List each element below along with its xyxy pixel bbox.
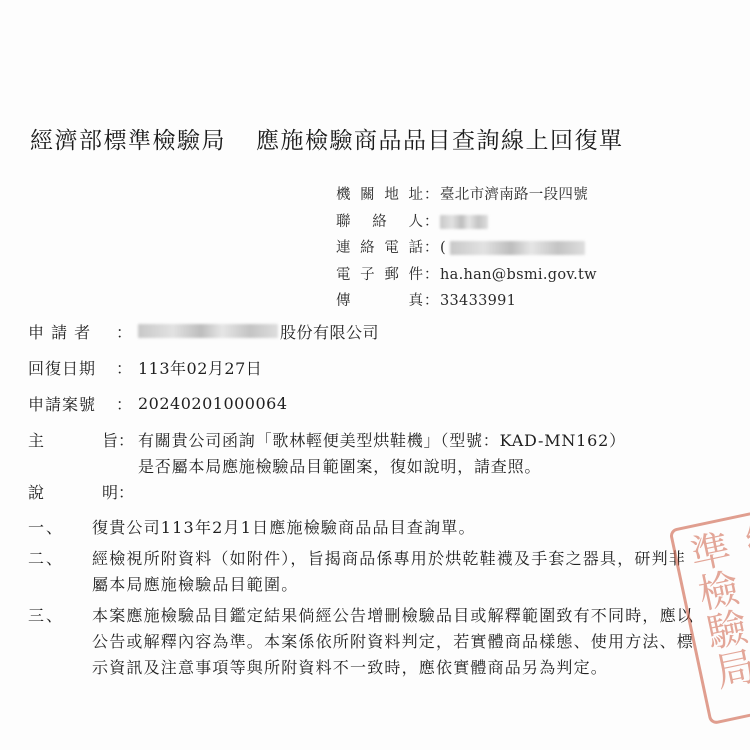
colon: ：	[118, 480, 138, 506]
list-item: 三、 本案應施檢驗品目鑑定結果倘經公告增刪檢驗品目或解釋範圍致有不同時，應以公告…	[28, 603, 702, 681]
list-item: 一、 復貴公司113年2月1日應施檢驗商品品目查詢單。	[28, 515, 702, 541]
reply-date-label: 回復日期	[28, 356, 116, 379]
contact-label: 傳 真	[336, 288, 424, 315]
fax-value: 33433991	[440, 288, 516, 315]
subject-row: 主 旨 ： 有關貴公司函詢「歌林輕便美型烘鞋機」（型號：KAD-MN162）	[28, 428, 626, 454]
list-item: 二、 經檢視所附資料（如附件），旨揭商品係專用於烘乾鞋襪及手套之器具，研判非屬本…	[28, 546, 702, 598]
redacted-company-name	[138, 324, 278, 338]
title-agency: 經濟部標準檢驗局	[30, 128, 226, 154]
contact-label: 聯 絡 人	[336, 209, 424, 236]
applicant-row: 申 請 者 ： 股份有限公司	[28, 318, 379, 344]
contact-address: 機關地址 ： 臺北市濟南路一段四號	[336, 182, 597, 209]
item-number: 一、	[28, 515, 92, 541]
colon: ：	[116, 356, 138, 379]
colon: ：	[424, 262, 440, 289]
item-text: 復貴公司113年2月1日應施檢驗商品品目查詢單。	[92, 515, 702, 541]
colon: ：	[424, 288, 440, 315]
contact-fax: 傳 真 ： 33433991	[336, 288, 597, 315]
explanation-row: 說 明 ：	[28, 480, 626, 506]
subject-row-continued: 是否屬本局應施檢驗品目範圍案，復如說明，請查照。	[28, 454, 626, 480]
colon: ：	[424, 209, 440, 236]
contact-label: 機關地址	[336, 182, 424, 209]
subject-label: 主 旨	[28, 428, 118, 454]
contact-label: 連絡電話	[336, 235, 424, 262]
subject-block: 主 旨 ： 有關貴公司函詢「歌林輕便美型烘鞋機」（型號：KAD-MN162） 是…	[28, 428, 626, 506]
case-number-value: 20240201000064	[138, 394, 288, 413]
title-document-type: 應施檢驗商品品目查詢線上回復單	[256, 128, 624, 154]
colon: ：	[424, 235, 440, 262]
contact-label: 電子郵件	[336, 262, 424, 289]
applicant-value: 股份有限公司	[280, 320, 379, 343]
reply-date-value: 113年02月27日	[138, 356, 262, 379]
reply-date-row: 回復日期 ： 113年02月27日	[28, 354, 262, 380]
case-number-row: 申請案號 ： 20240201000064	[28, 390, 288, 416]
email-value: ha.han@bsmi.gov.tw	[440, 262, 597, 289]
colon: ：	[424, 182, 440, 209]
subject-line-1: 有關貴公司函詢「歌林輕便美型烘鞋機」（型號：KAD-MN162）	[138, 428, 626, 454]
contact-block: 機關地址 ： 臺北市濟南路一段四號 聯 絡 人 ： 連絡電話 ： ( 電子郵件 …	[336, 182, 597, 315]
subject-line-2: 是否屬本局應施檢驗品目範圍案，復如說明，請查照。	[138, 454, 541, 480]
colon: ：	[118, 428, 138, 454]
contact-value: (	[440, 235, 446, 262]
colon: ：	[116, 392, 138, 415]
explanation-label: 說 明	[28, 480, 118, 506]
item-number: 三、	[28, 603, 92, 681]
contact-value: 臺北市濟南路一段四號	[440, 182, 588, 209]
contact-email: 電子郵件 ： ha.han@bsmi.gov.tw	[336, 262, 597, 289]
colon: ：	[116, 320, 138, 343]
applicant-label: 申 請 者	[28, 320, 116, 343]
item-text: 本案應施檢驗品目鑑定結果倘經公告增刪檢驗品目或解釋範圍致有不同時，應以公告或解釋…	[92, 603, 702, 681]
contact-person: 聯 絡 人 ：	[336, 209, 597, 236]
item-number: 二、	[28, 546, 92, 598]
explanation-items: 一、 復貴公司113年2月1日應施檢驗商品品目查詢單。 二、 經檢視所附資料（如…	[28, 515, 702, 686]
redacted-phone	[450, 241, 585, 255]
document-title: 經濟部標準檢驗局應施檢驗商品品目查詢線上回復單	[30, 122, 624, 155]
redacted-name	[440, 215, 488, 229]
contact-phone: 連絡電話 ： (	[336, 235, 597, 262]
item-text: 經檢視所附資料（如附件），旨揭商品係專用於烘乾鞋襪及手套之器具，研判非屬本局應施…	[92, 546, 702, 598]
case-number-label: 申請案號	[28, 392, 116, 415]
